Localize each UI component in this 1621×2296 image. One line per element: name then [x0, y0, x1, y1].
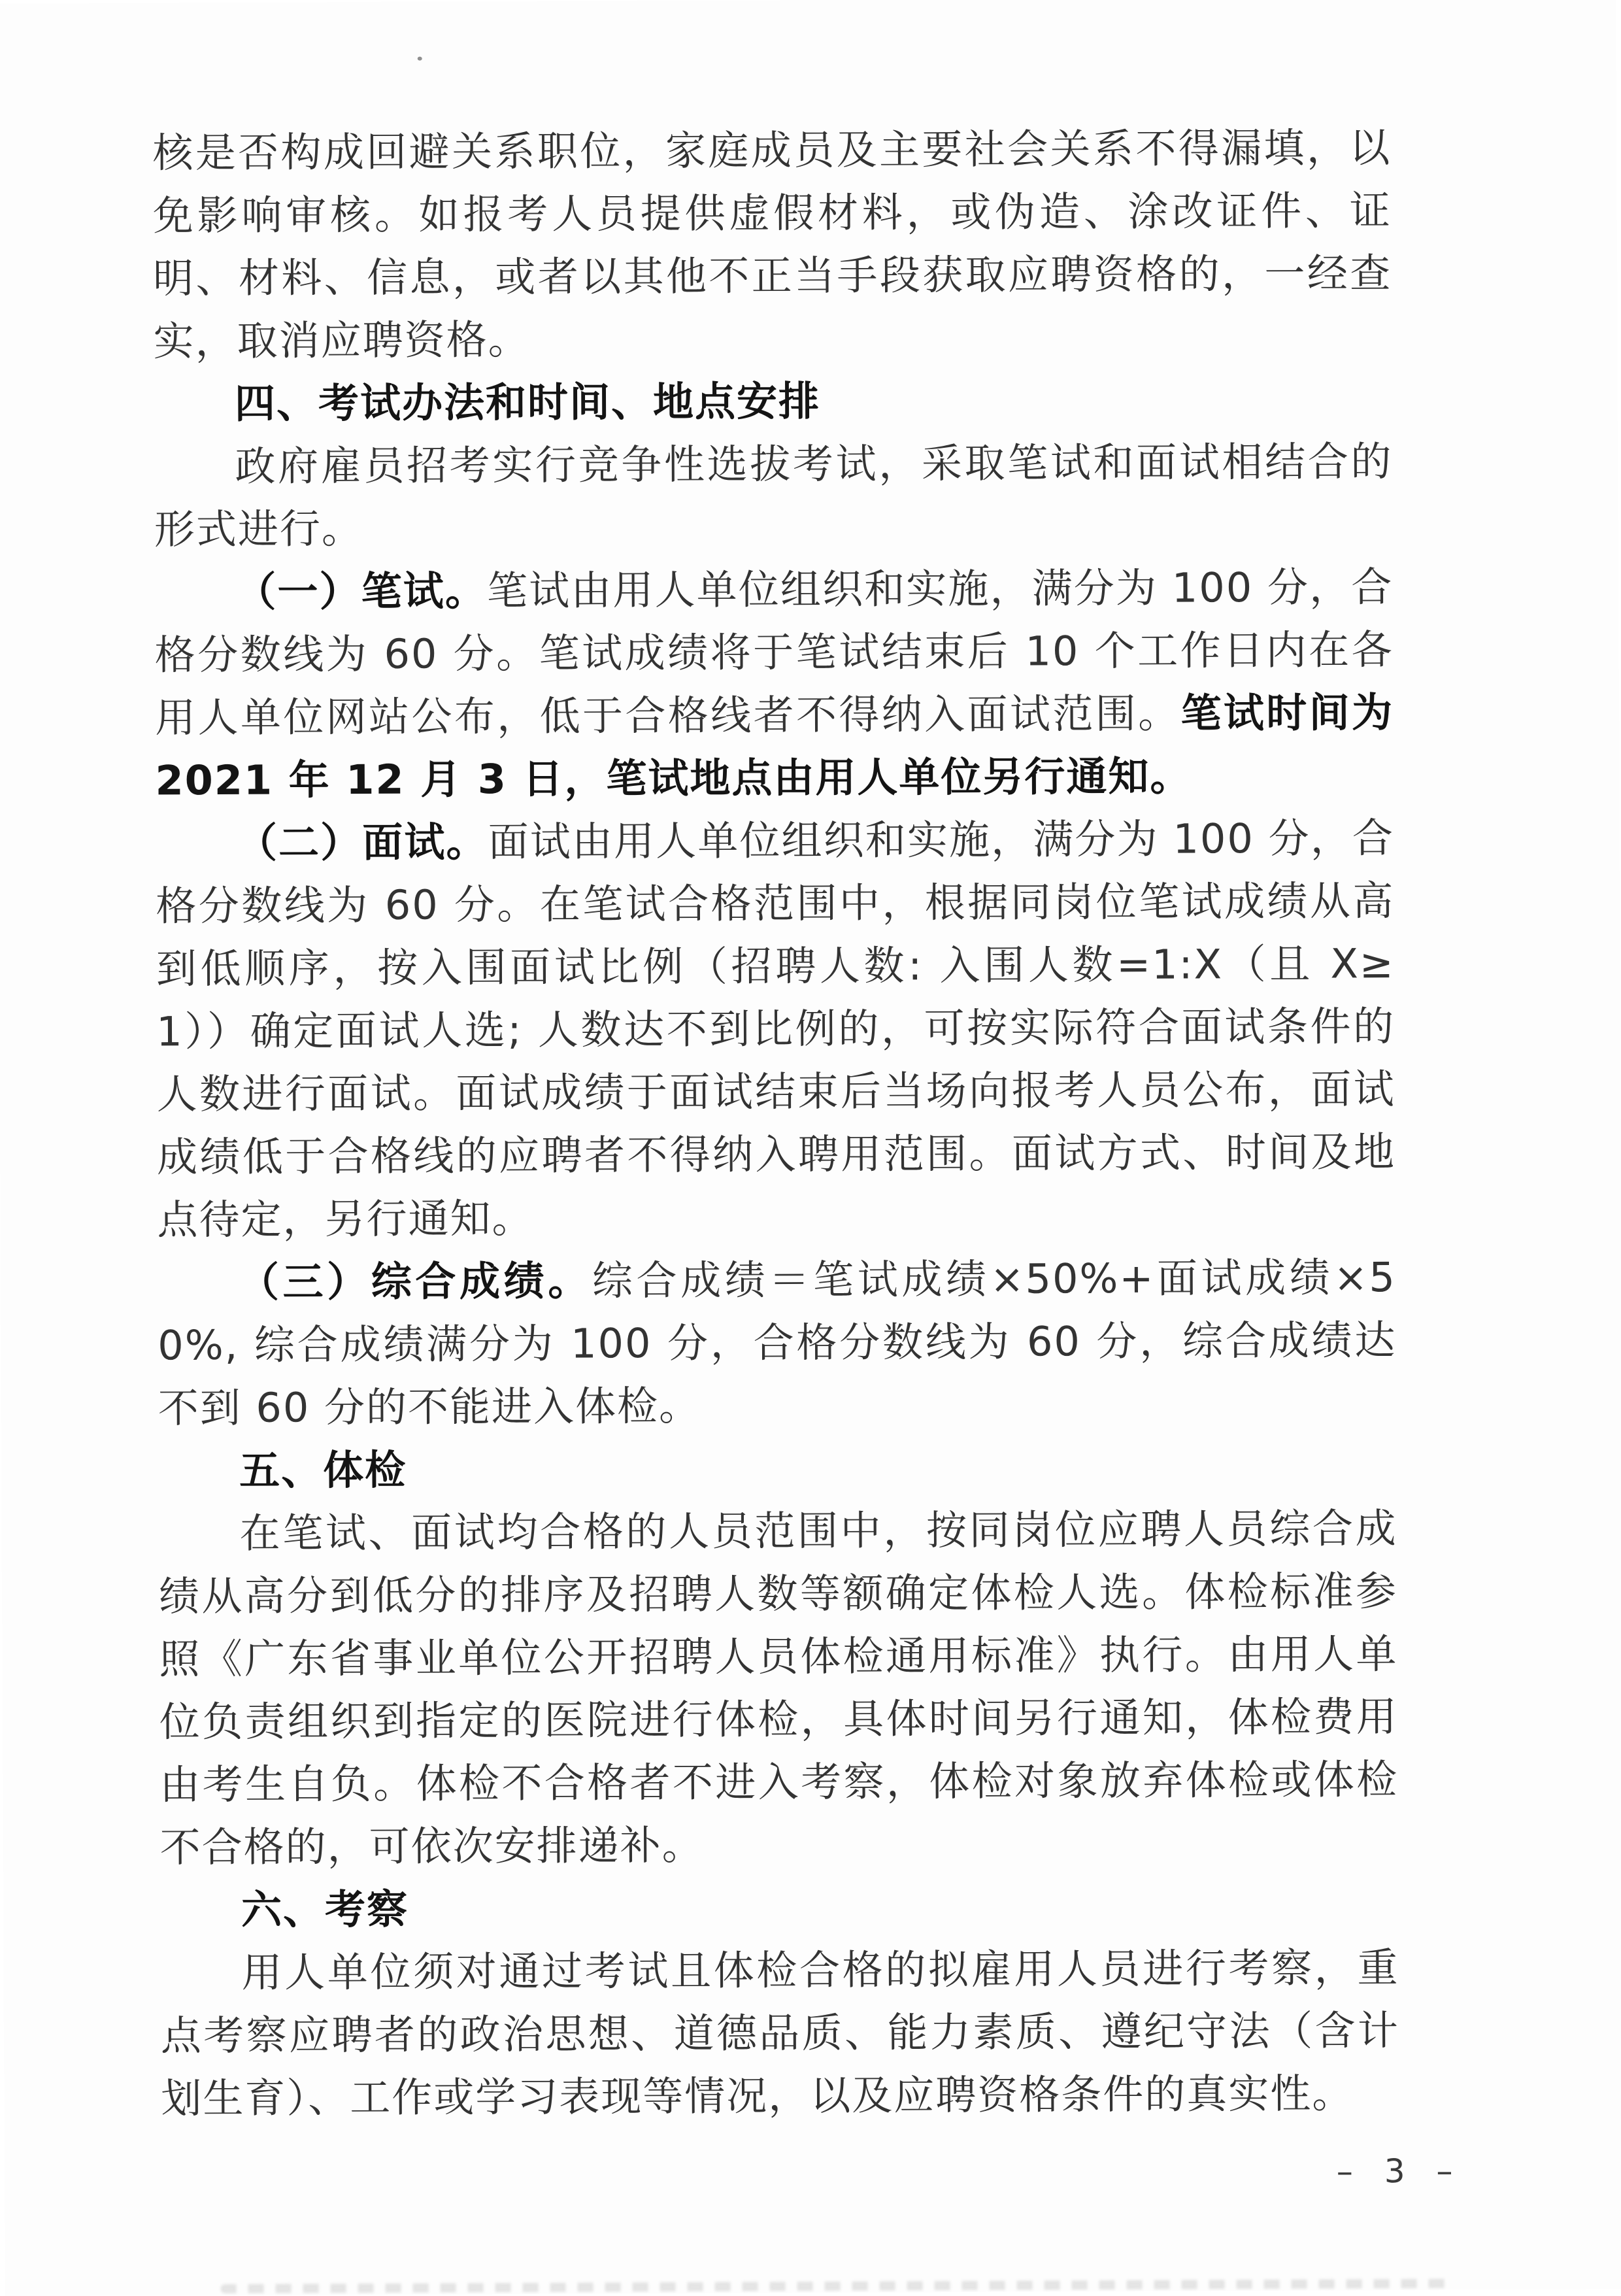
paragraph-written-test: （一）笔试。笔试由用人单位组织和实施，满分为 100 分，合格分数线为 60 分… [154, 556, 1394, 812]
paragraph-interview: （二）面试。面试由用人单位组织和实施，满分为 100 分，合格分数线为 60 分… [156, 807, 1396, 1251]
text-run-bold: （一）笔试。 [235, 567, 487, 616]
text-run-bold: （三）综合成绩。 [239, 1257, 592, 1306]
paragraph-physical-exam: 在笔试、面试均合格的人员范围中，按同岗位应聘人员综合成绩从高分到低分的排序及招聘… [158, 1497, 1398, 1879]
text-run: 政府雇员招考实行竞争性选拔考试，采取笔试和面试相结合的形式进行。 [154, 437, 1393, 553]
paragraph-composite-score: （三）综合成绩。综合成绩＝笔试成绩×50%+面试成绩×50%, 综合成绩满分为 … [158, 1246, 1397, 1440]
page-number: – 3 – [1337, 2152, 1463, 2191]
text-run: 在笔试、面试均合格的人员范围中，按同岗位应聘人员综合成绩从高分到低分的排序及招聘… [159, 1504, 1399, 1871]
document-body: 核是否构成回避关系职位，家庭成员及主要社会关系不得漏填，以免影响审核。如报考人员… [152, 116, 1399, 2130]
section-heading-physical-exam: 五、体检 [158, 1434, 1397, 1502]
text-run: 用人单位须对通过考试且体检合格的拟雇用人员进行考察，重点考察应聘者的政治思想、道… [161, 1944, 1399, 2122]
text-run: 面试由用人单位组织和实施，满分为 100 分，合格分数线为 60 分。在笔试合格… [156, 814, 1395, 1243]
document-page: 核是否构成回避关系职位，家庭成员及主要社会关系不得漏填，以免影响审核。如报考人员… [0, 0, 1621, 2296]
scan-speck-artifact [418, 57, 422, 61]
paragraph-exam-intro: 政府雇员招考实行竞争性选拔考试，采取笔试和面试相结合的形式进行。 [154, 430, 1393, 561]
section-heading-inspection: 六、考察 [160, 1874, 1399, 1942]
text-run-bold: （二）面试。 [237, 818, 488, 867]
section-heading-exam-method: 四、考试办法和时间、地点安排 [154, 367, 1392, 435]
next-page-bleed-artifact [221, 2279, 1450, 2293]
paragraph-inspection: 用人单位须对通过考试且体检合格的拟雇用人员进行考察，重点考察应聘者的政治思想、道… [160, 1936, 1399, 2130]
paragraph-continuation: 核是否构成回避关系职位，家庭成员及主要社会关系不得漏填，以免影响审核。如报考人员… [152, 116, 1392, 373]
